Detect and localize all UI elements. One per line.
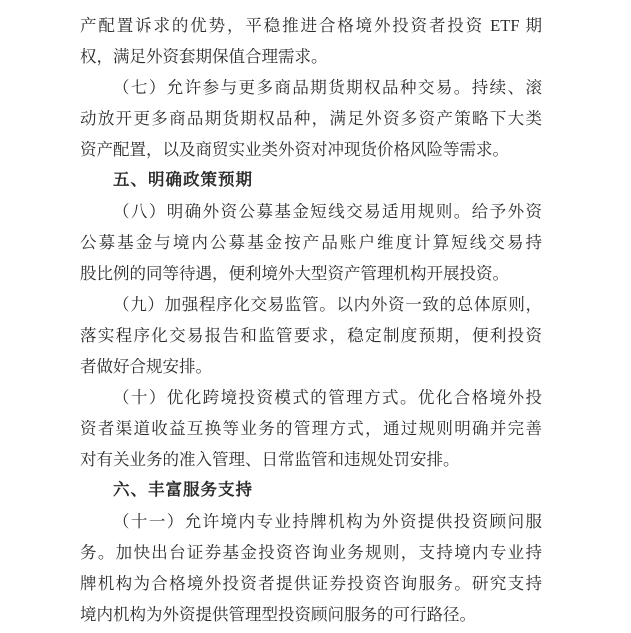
text-line: 务。加快出台证券基金投资咨询业务规则，支持境内专业持 [80, 537, 542, 568]
text-line: 资者渠道收益互换等业务的管理方式，通过规则明确并完善 [80, 413, 542, 444]
text-line: 者做好合规安排。 [80, 351, 542, 382]
text-line: 对有关业务的准入管理、日常监管和违规处罚安排。 [80, 444, 542, 475]
section-heading: 五、明确政策预期 [80, 165, 542, 196]
text-line: 资产配置，以及商贸实业类外资对冲现货价格风险等需求。 [80, 134, 542, 165]
text-line: 股比例的同等待遇，便利境外大型资产管理机构开展投资。 [80, 258, 542, 289]
text-line: 动放开更多商品期货期权品种，满足外资多资产策略下大类 [80, 103, 542, 134]
paragraph: （七）允许参与更多商品期货期权品种交易。持续、滚动放开更多商品期货期权品种，满足… [80, 72, 542, 165]
text-line: （八）明确外资公募基金短线交易适用规则。给予外资 [80, 196, 542, 227]
paragraph: （十一）允许境内专业持牌机构为外资提供投资顾问服务。加快出台证券基金投资咨询业务… [80, 506, 542, 630]
text-line: 境内机构为外资提供管理型投资顾问服务的可行路径。 [80, 599, 542, 630]
paragraph: 产配置诉求的优势，平稳推进合格境外投资者投资 ETF 期权，满足外资套期保值合理… [80, 10, 542, 72]
paragraph: （九）加强程序化交易监管。以内外资一致的总体原则，落实程序化交易报告和监管要求，… [80, 289, 542, 382]
text-line: 落实程序化交易报告和监管要求，稳定制度预期，便利投资 [80, 320, 542, 351]
heading-line: 六、丰富服务支持 [80, 475, 542, 506]
text-line: （七）允许参与更多商品期货期权品种交易。持续、滚 [80, 72, 542, 103]
text-line: 牌机构为合格境外投资者提供证券投资咨询服务。研究支持 [80, 568, 542, 599]
text-line: 公募基金与境内公募基金按产品账户维度计算短线交易持 [80, 227, 542, 258]
text-line: 权，满足外资套期保值合理需求。 [80, 41, 542, 72]
text-line: 产配置诉求的优势，平稳推进合格境外投资者投资 ETF 期 [80, 10, 542, 41]
paragraph: （八）明确外资公募基金短线交易适用规则。给予外资公募基金与境内公募基金按产品账户… [80, 196, 542, 289]
text-line: （十）优化跨境投资模式的管理方式。优化合格境外投 [80, 382, 542, 413]
section-heading: 六、丰富服务支持 [80, 475, 542, 506]
paragraph: （十）优化跨境投资模式的管理方式。优化合格境外投资者渠道收益互换等业务的管理方式… [80, 382, 542, 475]
text-line: （九）加强程序化交易监管。以内外资一致的总体原则， [80, 289, 542, 320]
heading-line: 五、明确政策预期 [80, 165, 542, 196]
document-viewer: { "page": { "background_color": "#ffffff… [0, 0, 631, 633]
text-line: （十一）允许境内专业持牌机构为外资提供投资顾问服 [80, 506, 542, 537]
document-page: 产配置诉求的优势，平稳推进合格境外投资者投资 ETF 期权，满足外资套期保值合理… [80, 10, 542, 630]
